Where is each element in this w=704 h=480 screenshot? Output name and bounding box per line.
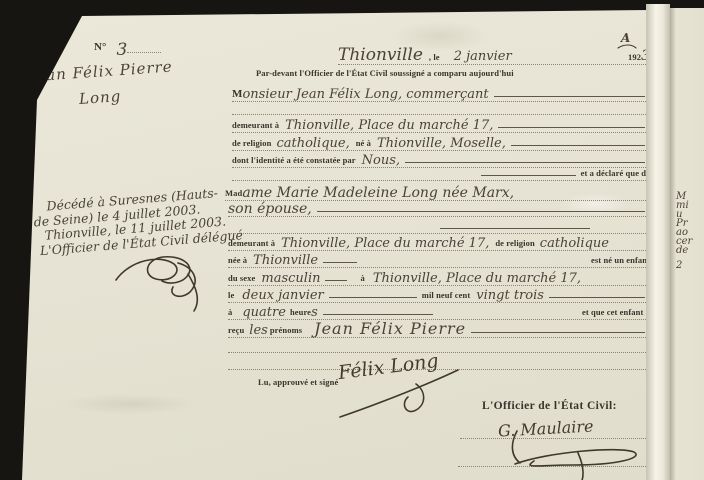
- act-date-line: Thionville , le 2 janvier 192 3: [338, 32, 650, 65]
- birthplace-handwritten: Thionville, Moselle,: [377, 137, 506, 150]
- label-demeurant: demeurant à: [232, 121, 279, 130]
- label-religion: de religion: [232, 139, 271, 148]
- mother-birthplace-handwritten: Thionville: [253, 254, 318, 267]
- label-heure: heure: [290, 308, 311, 317]
- mother-residence-line: demeurant à Thionville, Place du marché …: [228, 233, 650, 251]
- record-number-label: N°: [94, 41, 107, 53]
- birth-date-handwritten: deux janvier: [242, 289, 323, 302]
- next-page-sliver: M mi u Pr ao cer de 2: [670, 8, 704, 480]
- label-ne-a: né à: [356, 139, 371, 148]
- page-fold-edge: [646, 4, 670, 480]
- scanned-register-page: { "colors":{ "background":"#171512", "pa…: [0, 0, 704, 480]
- handwritten-dash: [498, 127, 645, 128]
- sex-line: du sexe masculin à Thionville, Place du …: [228, 267, 650, 286]
- residence-handwritten: Thionville, Place du marché 17,: [285, 119, 493, 132]
- label-child-born: est né un enfant: [591, 256, 650, 265]
- declarant-signature: Félix Long: [337, 352, 439, 383]
- sex-handwritten: masculin: [261, 272, 320, 285]
- handwritten-dash: [325, 280, 347, 281]
- identity-handwritten: Nous,: [362, 154, 400, 167]
- empty-form-line: [228, 217, 650, 234]
- mother-line: Mad ame Marie Madeleine Long née Marx,: [225, 180, 650, 201]
- label-signed: Lu, approuvé et signé: [258, 378, 338, 387]
- next-page-handwriting: M mi u Pr ao cer de 2: [676, 192, 704, 270]
- label-nee-a: née à: [228, 256, 247, 265]
- handwritten-dash: [329, 297, 417, 298]
- label-a: à: [360, 274, 364, 283]
- spouse-line: son épouse,: [228, 200, 650, 217]
- label-le-day: le: [228, 291, 234, 300]
- label-identity: dont l'identité a été constatée par: [232, 156, 356, 165]
- label-religion-2: de religion: [495, 239, 534, 248]
- hour-line: à quatre heure s et que cet enfant a: [228, 302, 650, 320]
- margin-signature-scribble: [116, 257, 197, 311]
- record-number-block: N° 3: [94, 32, 184, 56]
- birthdate-line: le deux janvier mil neuf cent vingt troi…: [228, 285, 650, 303]
- officer-signature: G. Maulaire: [498, 419, 594, 440]
- handwritten-dash: [549, 297, 645, 298]
- handwritten-dash: [323, 262, 357, 263]
- hour-plural-handwritten: s: [311, 306, 318, 319]
- hour-handwritten: quatre: [242, 306, 286, 319]
- empty-form-line: [228, 344, 650, 353]
- handwritten-dash: [511, 145, 645, 146]
- register-page: N° 3 Jean Félix Pierre Long A Thionville…: [20, 8, 652, 480]
- firstnames-handwritten: Jean Félix Pierre: [314, 321, 466, 337]
- margin-death-note: Décédé à Suresnes (Hauts- de Seine) le 4…: [32, 184, 254, 259]
- next-page-fragment: de: [676, 246, 704, 255]
- child-birthplace-handwritten: Thionville, Place du marché 17,: [373, 272, 581, 285]
- mother-residence-handwritten: Thionville, Place du marché 17,: [281, 237, 489, 250]
- handwritten-dash: [440, 228, 590, 229]
- act-place-handwritten: Thionville: [338, 47, 423, 64]
- religion-line: de religion catholique, né à Thionville,…: [232, 132, 650, 151]
- next-page-fragment: 2: [676, 261, 704, 270]
- label-mil-neuf-cent: mil neuf cent: [422, 291, 471, 300]
- label-recu: reçu: [228, 326, 244, 335]
- label-year-printed: 192: [628, 53, 641, 62]
- birth-year-handwritten: vingt trois: [476, 289, 544, 302]
- signature-rule: [460, 438, 650, 439]
- handwritten-dash: [323, 314, 433, 315]
- margin-child-name: Jean Félix Pierre Long: [28, 49, 243, 116]
- mother-birthplace-line: née à Thionville est né un enfant: [228, 250, 650, 268]
- handwritten-dash: [481, 175, 576, 176]
- label-a-hour: à: [228, 308, 232, 317]
- firstnames-line: reçu les prénoms Jean Félix Pierre: [228, 319, 650, 338]
- mother-religion-handwritten: catholique: [540, 237, 609, 250]
- signature-rule: [458, 466, 650, 467]
- handwritten-dash: [471, 332, 645, 333]
- residence-line: demeurant à Thionville, Place du marché …: [232, 114, 650, 133]
- handwritten-dash: [405, 162, 645, 163]
- declared-line: et a déclaré que de: [232, 167, 650, 181]
- act-date-handwritten: 2 janvier: [454, 50, 512, 63]
- handwritten-dash: [317, 211, 645, 212]
- mother-handwritten: ame Marie Madeleine Long née Marx,: [242, 186, 514, 200]
- officer-label: L'Officier de l'État Civil:: [482, 400, 617, 413]
- label-cet-enfant: et que cet enfant a: [582, 308, 650, 317]
- identity-line: dont l'identité a été constatée par Nous…: [232, 150, 650, 168]
- label-declared: et a déclaré que de: [581, 169, 650, 178]
- label-le: , le: [429, 53, 440, 62]
- empty-form-line: [232, 96, 650, 115]
- intro-printed: Par-devant l'Officier de l'État Civil so…: [256, 69, 514, 78]
- les-handwritten: les: [249, 324, 268, 337]
- label-sexe: du sexe: [228, 274, 255, 283]
- religion-handwritten: catholique,: [276, 137, 349, 150]
- label-prenoms: prénoms: [270, 326, 302, 335]
